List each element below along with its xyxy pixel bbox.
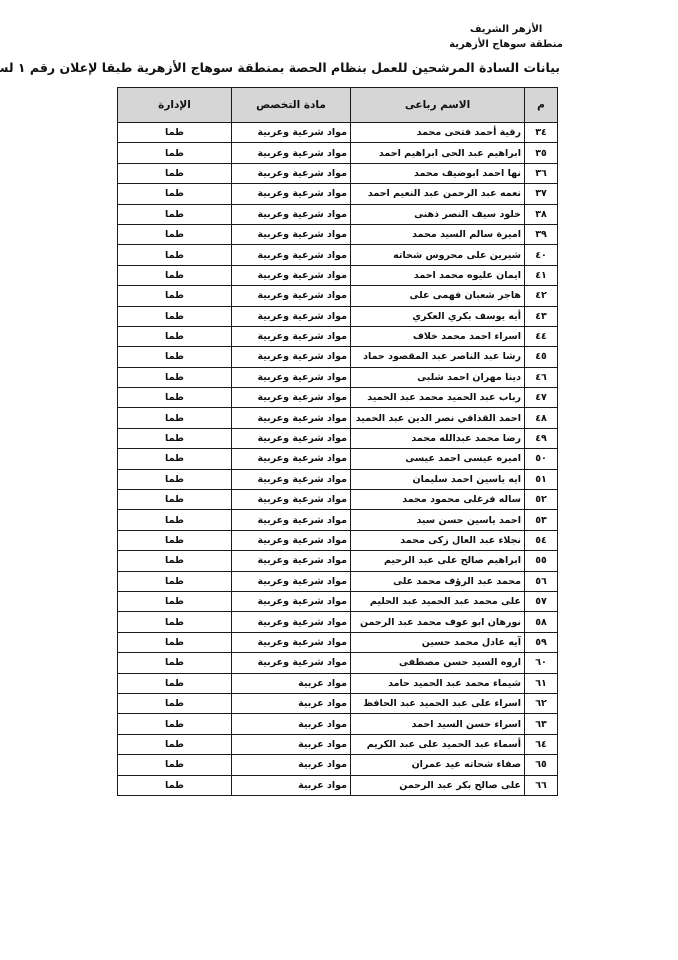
table-row: ٥٩آيه عادل محمد حسينمواد شرعية وعربيةطما bbox=[118, 632, 558, 652]
row-number: ٥١ bbox=[525, 469, 558, 489]
specialization: مواد شرعية وعربية bbox=[232, 612, 351, 632]
column-header-administration: الإدارة bbox=[118, 88, 232, 123]
table-row: ٥٨نورهان ابو عوف محمد عبد الرحمنمواد شرع… bbox=[118, 612, 558, 632]
table-row: ٥٣احمد ياسين حسن سيدمواد شرعية وعربيةطما bbox=[118, 510, 558, 530]
candidate-name: احمد ياسين حسن سيد bbox=[351, 510, 525, 530]
row-number: ٦٠ bbox=[525, 653, 558, 673]
administration: طما bbox=[118, 388, 232, 408]
specialization: مواد شرعية وعربية bbox=[232, 224, 351, 244]
administration: طما bbox=[118, 571, 232, 591]
administration: طما bbox=[118, 755, 232, 775]
row-number: ٣٥ bbox=[525, 143, 558, 163]
specialization: مواد عربية bbox=[232, 673, 351, 693]
table-header-row: م الاسم رباعى مادة التخصص الإدارة bbox=[118, 88, 558, 123]
administration: طما bbox=[118, 612, 232, 632]
specialization: مواد شرعية وعربية bbox=[232, 408, 351, 428]
table-row: ٤٩رضا محمد عبدالله محمدمواد شرعية وعربية… bbox=[118, 428, 558, 448]
document-title: بيانات السادة المرشحين للعمل بنظام الحصة… bbox=[100, 60, 560, 75]
table-row: ٥٢ساله فرغلى محمود محمدمواد شرعية وعربية… bbox=[118, 490, 558, 510]
table-row: ٤٤اسراء احمد محمد خلافمواد شرعية وعربيةط… bbox=[118, 326, 558, 346]
candidate-name: أيه يوسف بكري العكري bbox=[351, 306, 525, 326]
table-row: ٤٠شيرين على محروس شحاتهمواد شرعية وعربية… bbox=[118, 245, 558, 265]
table-row: ٦٢اسراء على عبد الحميد عبد الحافظمواد عر… bbox=[118, 693, 558, 713]
administration: طما bbox=[118, 734, 232, 754]
row-number: ٦٥ bbox=[525, 755, 558, 775]
candidate-name: رشا عبد الناصر عبد المقصود حماد bbox=[351, 347, 525, 367]
administration: طما bbox=[118, 123, 232, 143]
row-number: ٦٦ bbox=[525, 775, 558, 795]
administration: طما bbox=[118, 245, 232, 265]
candidate-name: ساله فرغلى محمود محمد bbox=[351, 490, 525, 510]
administration: طما bbox=[118, 408, 232, 428]
candidate-name: على صالح بكر عبد الرحمن bbox=[351, 775, 525, 795]
specialization: مواد شرعية وعربية bbox=[232, 530, 351, 550]
table-row: ٥٠اميره عيسى احمد عيسىمواد شرعية وعربيةط… bbox=[118, 449, 558, 469]
administration: طما bbox=[118, 326, 232, 346]
row-number: ٤٠ bbox=[525, 245, 558, 265]
candidate-name: رقية أحمد فتحى محمد bbox=[351, 123, 525, 143]
administration: طما bbox=[118, 163, 232, 183]
org-region: منطقة سوهاج الأزهرية bbox=[449, 37, 563, 52]
administration: طما bbox=[118, 367, 232, 387]
org-name: الأزهر الشريف bbox=[449, 22, 563, 37]
row-number: ٤١ bbox=[525, 265, 558, 285]
row-number: ٥٤ bbox=[525, 530, 558, 550]
specialization: مواد عربية bbox=[232, 693, 351, 713]
candidate-name: نورهان ابو عوف محمد عبد الرحمن bbox=[351, 612, 525, 632]
candidate-name: آيه عادل محمد حسين bbox=[351, 632, 525, 652]
administration: طما bbox=[118, 449, 232, 469]
candidate-name: نجلاء عبد العال زكى محمد bbox=[351, 530, 525, 550]
specialization: مواد شرعية وعربية bbox=[232, 653, 351, 673]
specialization: مواد شرعية وعربية bbox=[232, 428, 351, 448]
candidate-name: ايه ياسين احمد سليمان bbox=[351, 469, 525, 489]
specialization: مواد شرعية وعربية bbox=[232, 265, 351, 285]
specialization: مواد شرعية وعربية bbox=[232, 367, 351, 387]
row-number: ٤٦ bbox=[525, 367, 558, 387]
candidate-name: اسراء حسن السيد احمد bbox=[351, 714, 525, 734]
specialization: مواد عربية bbox=[232, 714, 351, 734]
table-row: ٤٣أيه يوسف بكري العكريمواد شرعية وعربيةط… bbox=[118, 306, 558, 326]
specialization: مواد شرعية وعربية bbox=[232, 347, 351, 367]
candidate-name: اروه السيد حسن مصطفى bbox=[351, 653, 525, 673]
table-row: ٤٨احمد القذافي نصر الدين عبد الحميدمواد … bbox=[118, 408, 558, 428]
row-number: ٤٤ bbox=[525, 326, 558, 346]
candidate-name: ايمان عليوه محمد احمد bbox=[351, 265, 525, 285]
row-number: ٦١ bbox=[525, 673, 558, 693]
candidate-name: احمد القذافي نصر الدين عبد الحميد bbox=[351, 408, 525, 428]
administration: طما bbox=[118, 693, 232, 713]
specialization: مواد شرعية وعربية bbox=[232, 286, 351, 306]
organization-header: الأزهر الشريف منطقة سوهاج الأزهرية bbox=[449, 22, 563, 52]
row-number: ٣٦ bbox=[525, 163, 558, 183]
row-number: ٦٢ bbox=[525, 693, 558, 713]
administration: طما bbox=[118, 490, 232, 510]
administration: طما bbox=[118, 530, 232, 550]
table-row: ٣٧نعمه عبد الرحمن عبد النعيم احمدمواد شر… bbox=[118, 184, 558, 204]
specialization: مواد شرعية وعربية bbox=[232, 143, 351, 163]
table-row: ٣٦نها احمد ابوضيف محمدمواد شرعية وعربيةط… bbox=[118, 163, 558, 183]
specialization: مواد شرعية وعربية bbox=[232, 490, 351, 510]
specialization: مواد شرعية وعربية bbox=[232, 551, 351, 571]
administration: طما bbox=[118, 143, 232, 163]
table-row: ٥١ايه ياسين احمد سليمانمواد شرعية وعربية… bbox=[118, 469, 558, 489]
candidate-name: ابراهيم صالح على عبد الرحيم bbox=[351, 551, 525, 571]
candidate-name: محمد عبد الرؤف محمد على bbox=[351, 571, 525, 591]
specialization: مواد شرعية وعربية bbox=[232, 388, 351, 408]
row-number: ٣٨ bbox=[525, 204, 558, 224]
table-row: ٦١شيماء محمد عبد الحميد حامدمواد عربيةطم… bbox=[118, 673, 558, 693]
administration: طما bbox=[118, 347, 232, 367]
row-number: ٥٩ bbox=[525, 632, 558, 652]
candidate-name: ابراهيم عبد الحى ابراهيم احمد bbox=[351, 143, 525, 163]
table-row: ٥٦محمد عبد الرؤف محمد علىمواد شرعية وعرب… bbox=[118, 571, 558, 591]
row-number: ٥٦ bbox=[525, 571, 558, 591]
row-number: ٣٩ bbox=[525, 224, 558, 244]
candidate-name: اميرة سالم السيد محمد bbox=[351, 224, 525, 244]
specialization: مواد شرعية وعربية bbox=[232, 245, 351, 265]
table-row: ٤٧رباب عبد الحميد محمد عبد الحميدمواد شر… bbox=[118, 388, 558, 408]
administration: طما bbox=[118, 632, 232, 652]
row-number: ٥٥ bbox=[525, 551, 558, 571]
candidate-name: على محمد عبد الحميد عبد الحليم bbox=[351, 591, 525, 611]
row-number: ٥٨ bbox=[525, 612, 558, 632]
specialization: مواد شرعية وعربية bbox=[232, 591, 351, 611]
administration: طما bbox=[118, 714, 232, 734]
row-number: ٤٣ bbox=[525, 306, 558, 326]
administration: طما bbox=[118, 428, 232, 448]
specialization: مواد شرعية وعربية bbox=[232, 571, 351, 591]
specialization: مواد شرعية وعربية bbox=[232, 204, 351, 224]
table-row: ٥٧على محمد عبد الحميد عبد الحليممواد شرع… bbox=[118, 591, 558, 611]
row-number: ٥٧ bbox=[525, 591, 558, 611]
candidate-name: نعمه عبد الرحمن عبد النعيم احمد bbox=[351, 184, 525, 204]
table-row: ٥٥ابراهيم صالح على عبد الرحيممواد شرعية … bbox=[118, 551, 558, 571]
administration: طما bbox=[118, 510, 232, 530]
administration: طما bbox=[118, 673, 232, 693]
candidate-name: شيماء محمد عبد الحميد حامد bbox=[351, 673, 525, 693]
row-number: ٤٥ bbox=[525, 347, 558, 367]
specialization: مواد شرعية وعربية bbox=[232, 163, 351, 183]
table-row: ٤٢هاجر شعبان فهمى علىمواد شرعية وعربيةطم… bbox=[118, 286, 558, 306]
specialization: مواد شرعية وعربية bbox=[232, 184, 351, 204]
table-row: ٣٩اميرة سالم السيد محمدمواد شرعية وعربية… bbox=[118, 224, 558, 244]
candidate-name: خلود سيف النصر ذهنى bbox=[351, 204, 525, 224]
row-number: ٥٢ bbox=[525, 490, 558, 510]
administration: طما bbox=[118, 265, 232, 285]
administration: طما bbox=[118, 306, 232, 326]
table-row: ٤١ايمان عليوه محمد احمدمواد شرعية وعربية… bbox=[118, 265, 558, 285]
specialization: مواد شرعية وعربية bbox=[232, 469, 351, 489]
administration: طما bbox=[118, 286, 232, 306]
specialization: مواد عربية bbox=[232, 734, 351, 754]
column-header-number: م bbox=[525, 88, 558, 123]
table-row: ٣٥ابراهيم عبد الحى ابراهيم احمدمواد شرعي… bbox=[118, 143, 558, 163]
table-row: ٣٤رقية أحمد فتحى محمدمواد شرعية وعربيةطم… bbox=[118, 123, 558, 143]
administration: طما bbox=[118, 204, 232, 224]
administration: طما bbox=[118, 184, 232, 204]
specialization: مواد شرعية وعربية bbox=[232, 326, 351, 346]
row-number: ٦٣ bbox=[525, 714, 558, 734]
table-row: ٦٦على صالح بكر عبد الرحمنمواد عربيةطما bbox=[118, 775, 558, 795]
table-row: ٥٤نجلاء عبد العال زكى محمدمواد شرعية وعر… bbox=[118, 530, 558, 550]
candidate-name: اسراء احمد محمد خلاف bbox=[351, 326, 525, 346]
table-row: ٤٥رشا عبد الناصر عبد المقصود حمادمواد شر… bbox=[118, 347, 558, 367]
candidate-name: نها احمد ابوضيف محمد bbox=[351, 163, 525, 183]
specialization: مواد شرعية وعربية bbox=[232, 306, 351, 326]
row-number: ٣٤ bbox=[525, 123, 558, 143]
table-row: ٦٠اروه السيد حسن مصطفىمواد شرعية وعربيةط… bbox=[118, 653, 558, 673]
candidate-name: رباب عبد الحميد محمد عبد الحميد bbox=[351, 388, 525, 408]
table-row: ٦٣اسراء حسن السيد احمدمواد عربيةطما bbox=[118, 714, 558, 734]
table-row: ٦٤أسماء عبد الحميد على عبد الكريممواد عر… bbox=[118, 734, 558, 754]
specialization: مواد عربية bbox=[232, 755, 351, 775]
administration: طما bbox=[118, 469, 232, 489]
table-row: ٤٦دينا مهران احمد شلبىمواد شرعية وعربيةط… bbox=[118, 367, 558, 387]
administration: طما bbox=[118, 653, 232, 673]
candidate-name: صفاء شحاته عيد عمران bbox=[351, 755, 525, 775]
candidate-name: اميره عيسى احمد عيسى bbox=[351, 449, 525, 469]
candidate-name: هاجر شعبان فهمى على bbox=[351, 286, 525, 306]
candidate-name: دينا مهران احمد شلبى bbox=[351, 367, 525, 387]
column-header-name: الاسم رباعى bbox=[351, 88, 525, 123]
administration: طما bbox=[118, 775, 232, 795]
table-body: ٣٤رقية أحمد فتحى محمدمواد شرعية وعربيةطم… bbox=[118, 123, 558, 796]
row-number: ٤٧ bbox=[525, 388, 558, 408]
specialization: مواد شرعية وعربية bbox=[232, 449, 351, 469]
specialization: مواد شرعية وعربية bbox=[232, 510, 351, 530]
candidate-name: اسراء على عبد الحميد عبد الحافظ bbox=[351, 693, 525, 713]
administration: طما bbox=[118, 591, 232, 611]
table-row: ٦٥صفاء شحاته عيد عمرانمواد عربيةطما bbox=[118, 755, 558, 775]
candidates-table: م الاسم رباعى مادة التخصص الإدارة ٣٤رقية… bbox=[117, 87, 558, 796]
column-header-specialization: مادة التخصص bbox=[232, 88, 351, 123]
administration: طما bbox=[118, 224, 232, 244]
candidate-name: أسماء عبد الحميد على عبد الكريم bbox=[351, 734, 525, 754]
row-number: ٤٢ bbox=[525, 286, 558, 306]
candidate-name: رضا محمد عبدالله محمد bbox=[351, 428, 525, 448]
specialization: مواد شرعية وعربية bbox=[232, 632, 351, 652]
administration: طما bbox=[118, 551, 232, 571]
row-number: ٦٤ bbox=[525, 734, 558, 754]
table-row: ٣٨خلود سيف النصر ذهنىمواد شرعية وعربيةطم… bbox=[118, 204, 558, 224]
row-number: ٥٠ bbox=[525, 449, 558, 469]
row-number: ٤٩ bbox=[525, 428, 558, 448]
row-number: ٣٧ bbox=[525, 184, 558, 204]
row-number: ٤٨ bbox=[525, 408, 558, 428]
specialization: مواد شرعية وعربية bbox=[232, 123, 351, 143]
candidate-name: شيرين على محروس شحاته bbox=[351, 245, 525, 265]
row-number: ٥٣ bbox=[525, 510, 558, 530]
specialization: مواد عربية bbox=[232, 775, 351, 795]
